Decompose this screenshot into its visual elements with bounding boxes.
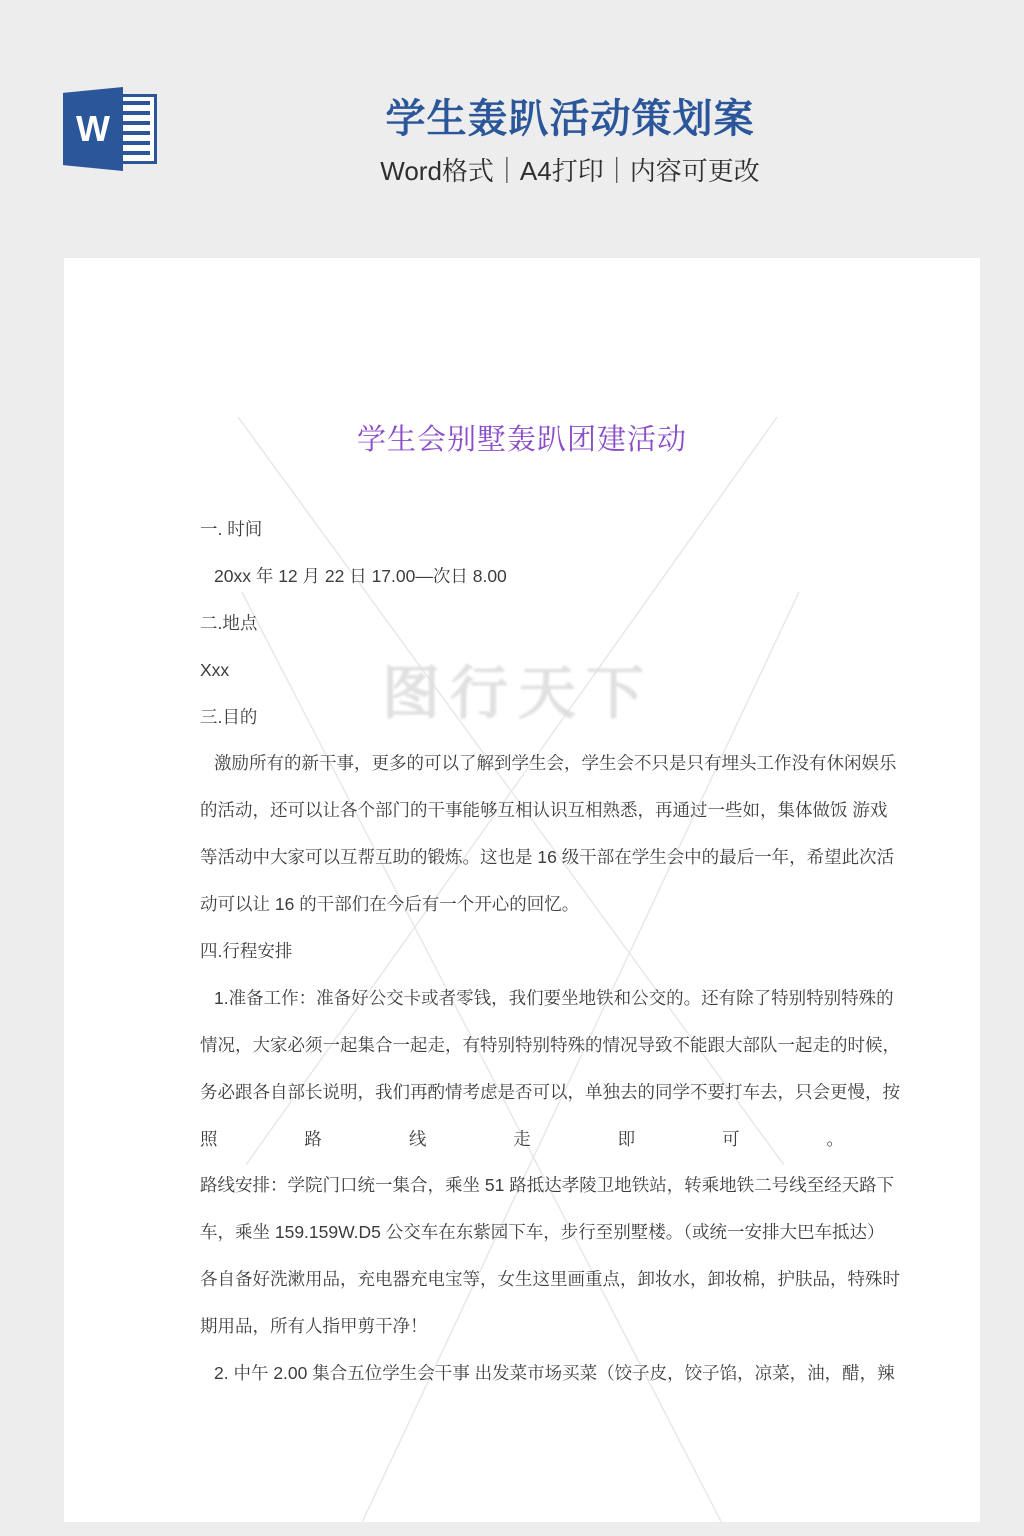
doc-body: 一. 时间20xx 年 12 月 22 日 17.00—次日 8.00二.地点X… bbox=[200, 506, 844, 1397]
doc-line: 动可以让 16 的干部们在今后有一个开心的回忆。 bbox=[200, 881, 844, 928]
header-title: 学生轰趴活动策划案 bbox=[160, 94, 980, 144]
doc-line: 二.地点 bbox=[200, 600, 844, 647]
doc-line: 务必跟各自部长说明，我们再酌情考虑是否可以，单独去的同学不要打车去，只会更慢，按 bbox=[200, 1069, 844, 1116]
word-letter: W bbox=[76, 111, 110, 147]
doc-line: 等活动中大家可以互帮互助的锻炼。这也是 16 级干部在学生会中的最后一年，希望此… bbox=[200, 834, 844, 881]
doc-title: 学生会别墅轰趴团建活动 bbox=[64, 420, 980, 460]
doc-line: 激励所有的新干事，更多的可以了解到学生会，学生会不只是只有埋头工作没有休闲娱乐 bbox=[200, 740, 844, 787]
doc-line: 路线安排：学院门口统一集合，乘坐 51 路抵达孝陵卫地铁站，转乘地铁二号线至经天… bbox=[200, 1162, 844, 1209]
doc-line: 一. 时间 bbox=[200, 506, 844, 553]
doc-line: 1.准备工作：准备好公交卡或者零钱，我们要坐地铁和公交的。还有除了特别特别特殊的 bbox=[200, 975, 844, 1022]
doc-line: 车，乘坐 159.159W.D5 公交车在东紫园下车，步行至别墅楼。（或统一安排… bbox=[200, 1209, 844, 1256]
doc-line: 情况，大家必须一起集合一起走，有特别特别特殊的情况导致不能跟大部队一起走的时候， bbox=[200, 1022, 844, 1069]
word-letter-panel: W bbox=[63, 87, 123, 171]
document-page: 图行天下 学生会别墅轰趴团建活动 一. 时间20xx 年 12 月 22 日 1… bbox=[64, 258, 980, 1522]
doc-line: 各自备好洗漱用品，充电器充电宝等，女生这里画重点，卸妆水，卸妆棉，护肤品，特殊时 bbox=[200, 1256, 844, 1303]
header-subtitle: Word格式｜A4打印｜内容可更改 bbox=[160, 154, 980, 188]
doc-line: 四.行程安排 bbox=[200, 928, 844, 975]
doc-line: 的活动，还可以让各个部门的干事能够互相认识互相熟悉，再通过一些如，集体做饭 游戏 bbox=[200, 787, 844, 834]
document-preview: { "colors": { "background": "#ededed", "… bbox=[0, 0, 1024, 1536]
doc-line: 2. 中午 2.00 集合五位学生会干事 出发菜市场买菜（饺子皮，饺子馅，凉菜，… bbox=[200, 1350, 844, 1397]
preview-header: W 学生轰趴活动策划案 Word格式｜A4打印｜内容可更改 bbox=[0, 0, 1024, 258]
doc-line: 20xx 年 12 月 22 日 17.00—次日 8.00 bbox=[200, 553, 844, 600]
doc-line: Xxx bbox=[200, 647, 844, 694]
doc-line: 照路线走即可。 bbox=[200, 1116, 844, 1163]
doc-line: 期用品，所有人指甲剪干净！ bbox=[200, 1303, 844, 1350]
word-logo-icon: W bbox=[63, 87, 157, 171]
doc-line: 三.目的 bbox=[200, 694, 844, 741]
